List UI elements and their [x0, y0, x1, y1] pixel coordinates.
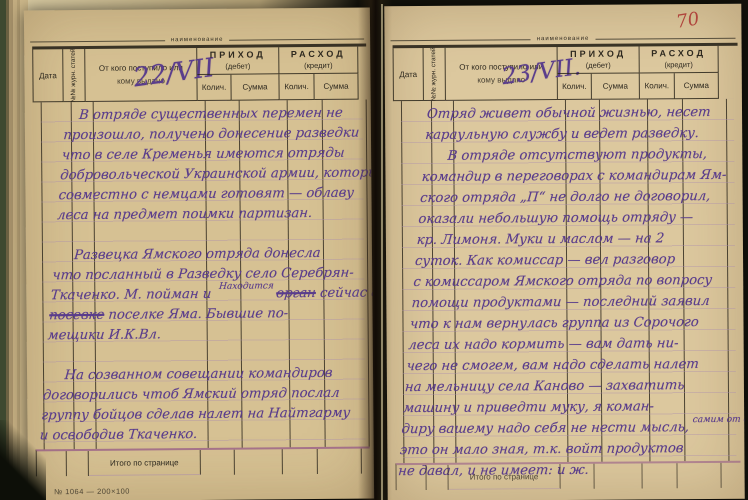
itogo-cell: Итого по странице	[89, 450, 201, 476]
column-rule	[396, 465, 426, 490]
rashod-sub-label: (кредит)	[664, 61, 693, 69]
scanned-ledger-photo: наименование Дата №№ журн. статей От ког…	[0, 0, 748, 500]
handwriting-text: оказали небольшую помощь отряду —	[418, 210, 694, 227]
qty-label: Колич.	[562, 82, 587, 91]
handwriting-text: и освободив Ткаченко.	[39, 427, 198, 443]
itogo-row: Итого по странице	[36, 447, 370, 477]
handwriting-strikethrough: посевке	[49, 308, 105, 323]
column-rule	[318, 449, 362, 474]
form-number: № 1064 — 200×100	[54, 484, 374, 496]
col-prihod-qty: Колич.	[197, 75, 231, 101]
ledger-table-header: Дата №№ журн. статей От кого поступило и…	[32, 47, 366, 103]
handwriting-line: Ткаченко. М. пойман и Находитсяорган сей…	[50, 286, 364, 309]
handwriting-text: с комиссаром Ямского отряда по вопросу	[413, 273, 713, 290]
handwriting-line: машину и приведти муку, я коман-	[402, 399, 727, 422]
qty-label: Колич.	[202, 83, 227, 92]
handwriting-left: В отряде существенных перемен непроизошл…	[39, 105, 374, 448]
col-prihod-sum: Сумма	[231, 74, 279, 100]
ledger-body: В отряде существенных перемен непроизошл…	[41, 100, 366, 450]
col-journal-label: №№ журн. статей	[431, 47, 438, 101]
col-date: Дата	[33, 49, 63, 102]
column-rule	[642, 463, 677, 488]
handwriting-line: группу бойцов сделав налет на Найтгарму	[40, 406, 354, 429]
handwriting-text: мещики И.К.Вл.	[47, 327, 162, 343]
gutter-crease-highlight	[381, 4, 383, 500]
col-group-prihod: ПРИХОД (дебет)	[558, 46, 640, 74]
handwriting-text: караульную службу и ведет разведку.	[425, 126, 700, 143]
handwriting-line: диру вашему надо себя не нести мысль,сам…	[400, 420, 725, 443]
handwriting-text: леса на предмет поимки партизан.	[57, 206, 313, 223]
col-rashod-qty: Колич.	[279, 74, 314, 100]
col-prihod-qty: Колич.	[558, 74, 592, 100]
col-rashod-sum: Сумма	[675, 73, 719, 99]
column-rule	[677, 463, 721, 488]
handwriting-line: мещики И.К.Вл.	[47, 326, 361, 349]
handwriting-text: совместно с немцами готовят — облаву	[58, 186, 354, 204]
handwriting-text: суток. Как комиссар — вел разговор	[414, 252, 675, 269]
col-date-label: Дата	[399, 70, 417, 79]
col-date: Дата	[394, 48, 424, 101]
handwriting-text: В отряде существенных перемен не	[78, 106, 343, 123]
handwriting-text: что к нам вернулась группа из Сорочого	[409, 315, 699, 332]
handwriting-text: добровольческой Украинской армии, которы…	[60, 165, 374, 183]
col-prihod-sum: Сумма	[592, 73, 640, 99]
rule-line	[229, 38, 364, 40]
handwriting-line: что к нам вернулась группа из Сорочого	[409, 315, 734, 338]
col-group-rashod: РАСХОД (кредит)	[640, 46, 719, 74]
handwriting-text: это он мало зная, т.к. войт продуктов	[399, 441, 684, 458]
sum-label: Сумма	[684, 81, 709, 90]
rule-line	[391, 39, 531, 41]
rule-line	[595, 37, 735, 39]
handwriting-line: чего не смогем, вам надо сделать налет	[406, 357, 731, 380]
handwriting-line: леса их надо кормить — вам дать ни-	[407, 336, 732, 359]
handwriting-line: добровольческой Украинской армии, которы…	[59, 165, 373, 188]
handwriting-line: леса на предмет поимки партизан.	[56, 206, 370, 229]
book-cover-corner	[0, 420, 46, 500]
col-group-rashod: РАСХОД (кредит)	[279, 47, 358, 75]
handwriting-text: на мельницу села Каново — захватить	[404, 378, 685, 395]
handwriting-strikethrough: орган	[276, 286, 317, 301]
naimenovanie-rule: наименование	[390, 35, 735, 43]
handwriting-text: чего не смогем, вам надо сделать налет	[406, 357, 699, 374]
ledger-table: Дата №№ журн. статей От кого поступило и…	[393, 43, 741, 490]
rule-line	[30, 40, 165, 42]
ledger-body: Отряд живет обычной жизнью, несеткарауль…	[401, 99, 737, 463]
handwriting-text: произошло, получено донесение разведки	[63, 126, 360, 144]
col-from-whom: От кого поступило или кому выдано 22/VII	[85, 48, 197, 102]
prihod-label: ПРИХОД	[570, 49, 626, 58]
handwriting-line: и освободив Ткаченко.	[39, 426, 353, 449]
handwriting-line: что посланный в Разведку село Серебрян-	[51, 266, 365, 289]
col-from-whom: От кого поступило или кому выдано 23/VII…	[446, 47, 558, 101]
column-rule	[235, 449, 283, 474]
handwriting-line: посевке поселке Яма. Бывшие по-	[48, 306, 362, 329]
handwriting-text: На созванном совещании командиров	[64, 366, 333, 383]
rashod-label: РАСХОД	[291, 50, 346, 59]
handwriting-text: Ткаченко. М. пойман и	[50, 287, 216, 303]
col-group-prihod: ПРИХОД (дебет)	[197, 47, 279, 75]
column-rule	[560, 464, 594, 489]
handwriting-right: Отряд живет обычной жизнью, несеткарауль…	[397, 105, 745, 485]
handwriting-text: ского отряда „П“ не долго не договорил,	[420, 189, 711, 206]
page-number: 70	[675, 8, 701, 32]
handwriting-line: караульную службу и ведет разведку.	[424, 126, 745, 149]
handwriting-line: с комиссаром Ямского отряда по вопросу	[412, 273, 737, 296]
handwriting-text: сейчас в	[315, 285, 374, 301]
handwriting-line: Отряд живет обычной жизнью, несет	[426, 105, 745, 128]
handwriting-line: произошло, получено донесение разведки	[62, 125, 374, 148]
col-date-label: Дата	[39, 71, 57, 80]
column-rule	[283, 449, 318, 474]
handwriting-text: кр. Лимоня. Муки и маслом — на 2	[416, 231, 665, 248]
handwriting-line: оказали небольшую помощь отряду —	[417, 210, 742, 233]
itogo-row: Итого по странице	[395, 461, 740, 490]
handwriting-line: На созванном совещании командиров	[44, 366, 358, 389]
column-rule	[426, 465, 448, 490]
itogo-label: Итого по странице	[470, 472, 539, 481]
ledger-page-left: наименование Дата №№ журн. статей От ког…	[24, 7, 374, 500]
handwriting-text: командир в переговорах с командирам Ям-	[421, 168, 727, 185]
qty-label: Колич.	[645, 81, 670, 90]
col-rashod-sum: Сумма	[314, 74, 358, 100]
handwriting-text: В отряде отсутствуют продукты,	[447, 147, 708, 164]
naimenovanie-label: наименование	[165, 37, 230, 44]
handwriting-line: кр. Лимоня. Муки и маслом — на 2	[416, 231, 741, 254]
handwriting-text: что посланный в Разведку село Серебрян-	[52, 266, 354, 284]
qty-label: Колич.	[284, 82, 309, 91]
prihod-label: ПРИХОД	[210, 50, 266, 59]
handwriting-line: суток. Как комиссар — вел разговор	[414, 252, 739, 275]
handwriting-insertion: самим от других зависели	[692, 414, 744, 425]
handwriting-line: на мельницу села Каново — захватить	[404, 378, 729, 401]
column-rule	[201, 450, 235, 475]
sum-label: Сумма	[603, 82, 628, 91]
sum-label: Сумма	[323, 82, 348, 91]
handwriting-text: договорились чтоб Ямский отряд послал	[42, 386, 340, 404]
handwriting-text: помощи продуктами — последний заявил	[411, 294, 710, 311]
handwriting-text: леса их надо кормить — вам дать ни-	[408, 336, 679, 353]
column-rule	[67, 451, 89, 476]
naimenovanie-label: наименование	[531, 36, 596, 42]
handwriting-text: группу бойцов сделав налет на Найтгарму	[41, 406, 351, 424]
ledger-table-header: Дата №№ журн. статей От кого поступило и…	[393, 46, 738, 101]
prihod-sub-label: (дебет)	[586, 62, 611, 70]
handwriting-line: помощи продуктами — последний заявил	[411, 294, 736, 317]
handwriting-line: что в селе Кременья имеются отряды	[61, 145, 374, 168]
handwriting-line: В отряде существенных перемен не	[64, 105, 374, 128]
handwriting-line: командир в переговорах с командирам Ям-	[421, 168, 745, 191]
itogo-cell: Итого по странице	[448, 464, 560, 490]
handwriting-line: ского отряда „П“ не долго не договорил,	[419, 189, 744, 212]
rashod-label: РАСХОД	[651, 49, 706, 58]
handwriting-text: диру вашему надо себя не нести мысль,	[401, 420, 690, 437]
sum-label: Сумма	[242, 82, 267, 91]
handwriting-text: что в селе Кременья имеются отряды	[61, 146, 345, 163]
handwriting-line: В отряде отсутствуют продукты,	[422, 147, 744, 170]
handwriting-text: машину и приведти муку, я коман-	[403, 399, 655, 416]
prihod-sub-label: (дебет)	[225, 62, 250, 70]
col-journal: №№ журн. статей	[424, 48, 446, 101]
rashod-sub-label: (кредит)	[304, 62, 333, 70]
handwriting-text: поселке Яма. Бывшие по-	[104, 306, 289, 323]
ledger-table: Дата №№ журн. статей От кого поступило и…	[32, 44, 370, 477]
column-rule	[594, 463, 642, 488]
handwriting-line	[45, 346, 359, 369]
col-journal-label: №№ журн. статей	[70, 48, 77, 102]
handwriting-line: Развецка Ямского отряда донесла	[53, 246, 367, 269]
handwriting-text: Развецка Ямского отряда донесла	[73, 246, 321, 263]
handwriting-insertion: Находится	[219, 281, 275, 291]
handwriting-line: договорились чтоб Ямский отряд послал	[42, 386, 356, 409]
ledger-page-right: 70 наименование Дата №№ журн. статей От …	[384, 4, 744, 500]
col-rashod-qty: Колич.	[640, 73, 675, 99]
handwriting-line: совместно с немцами готовят — облаву	[58, 185, 372, 208]
handwriting-text: Отряд живет обычной жизнью, несет	[426, 105, 711, 122]
handwriting-line	[55, 226, 369, 249]
itogo-label: Итого по странице	[110, 458, 179, 468]
col-journal: №№ журн. статей	[63, 49, 85, 102]
